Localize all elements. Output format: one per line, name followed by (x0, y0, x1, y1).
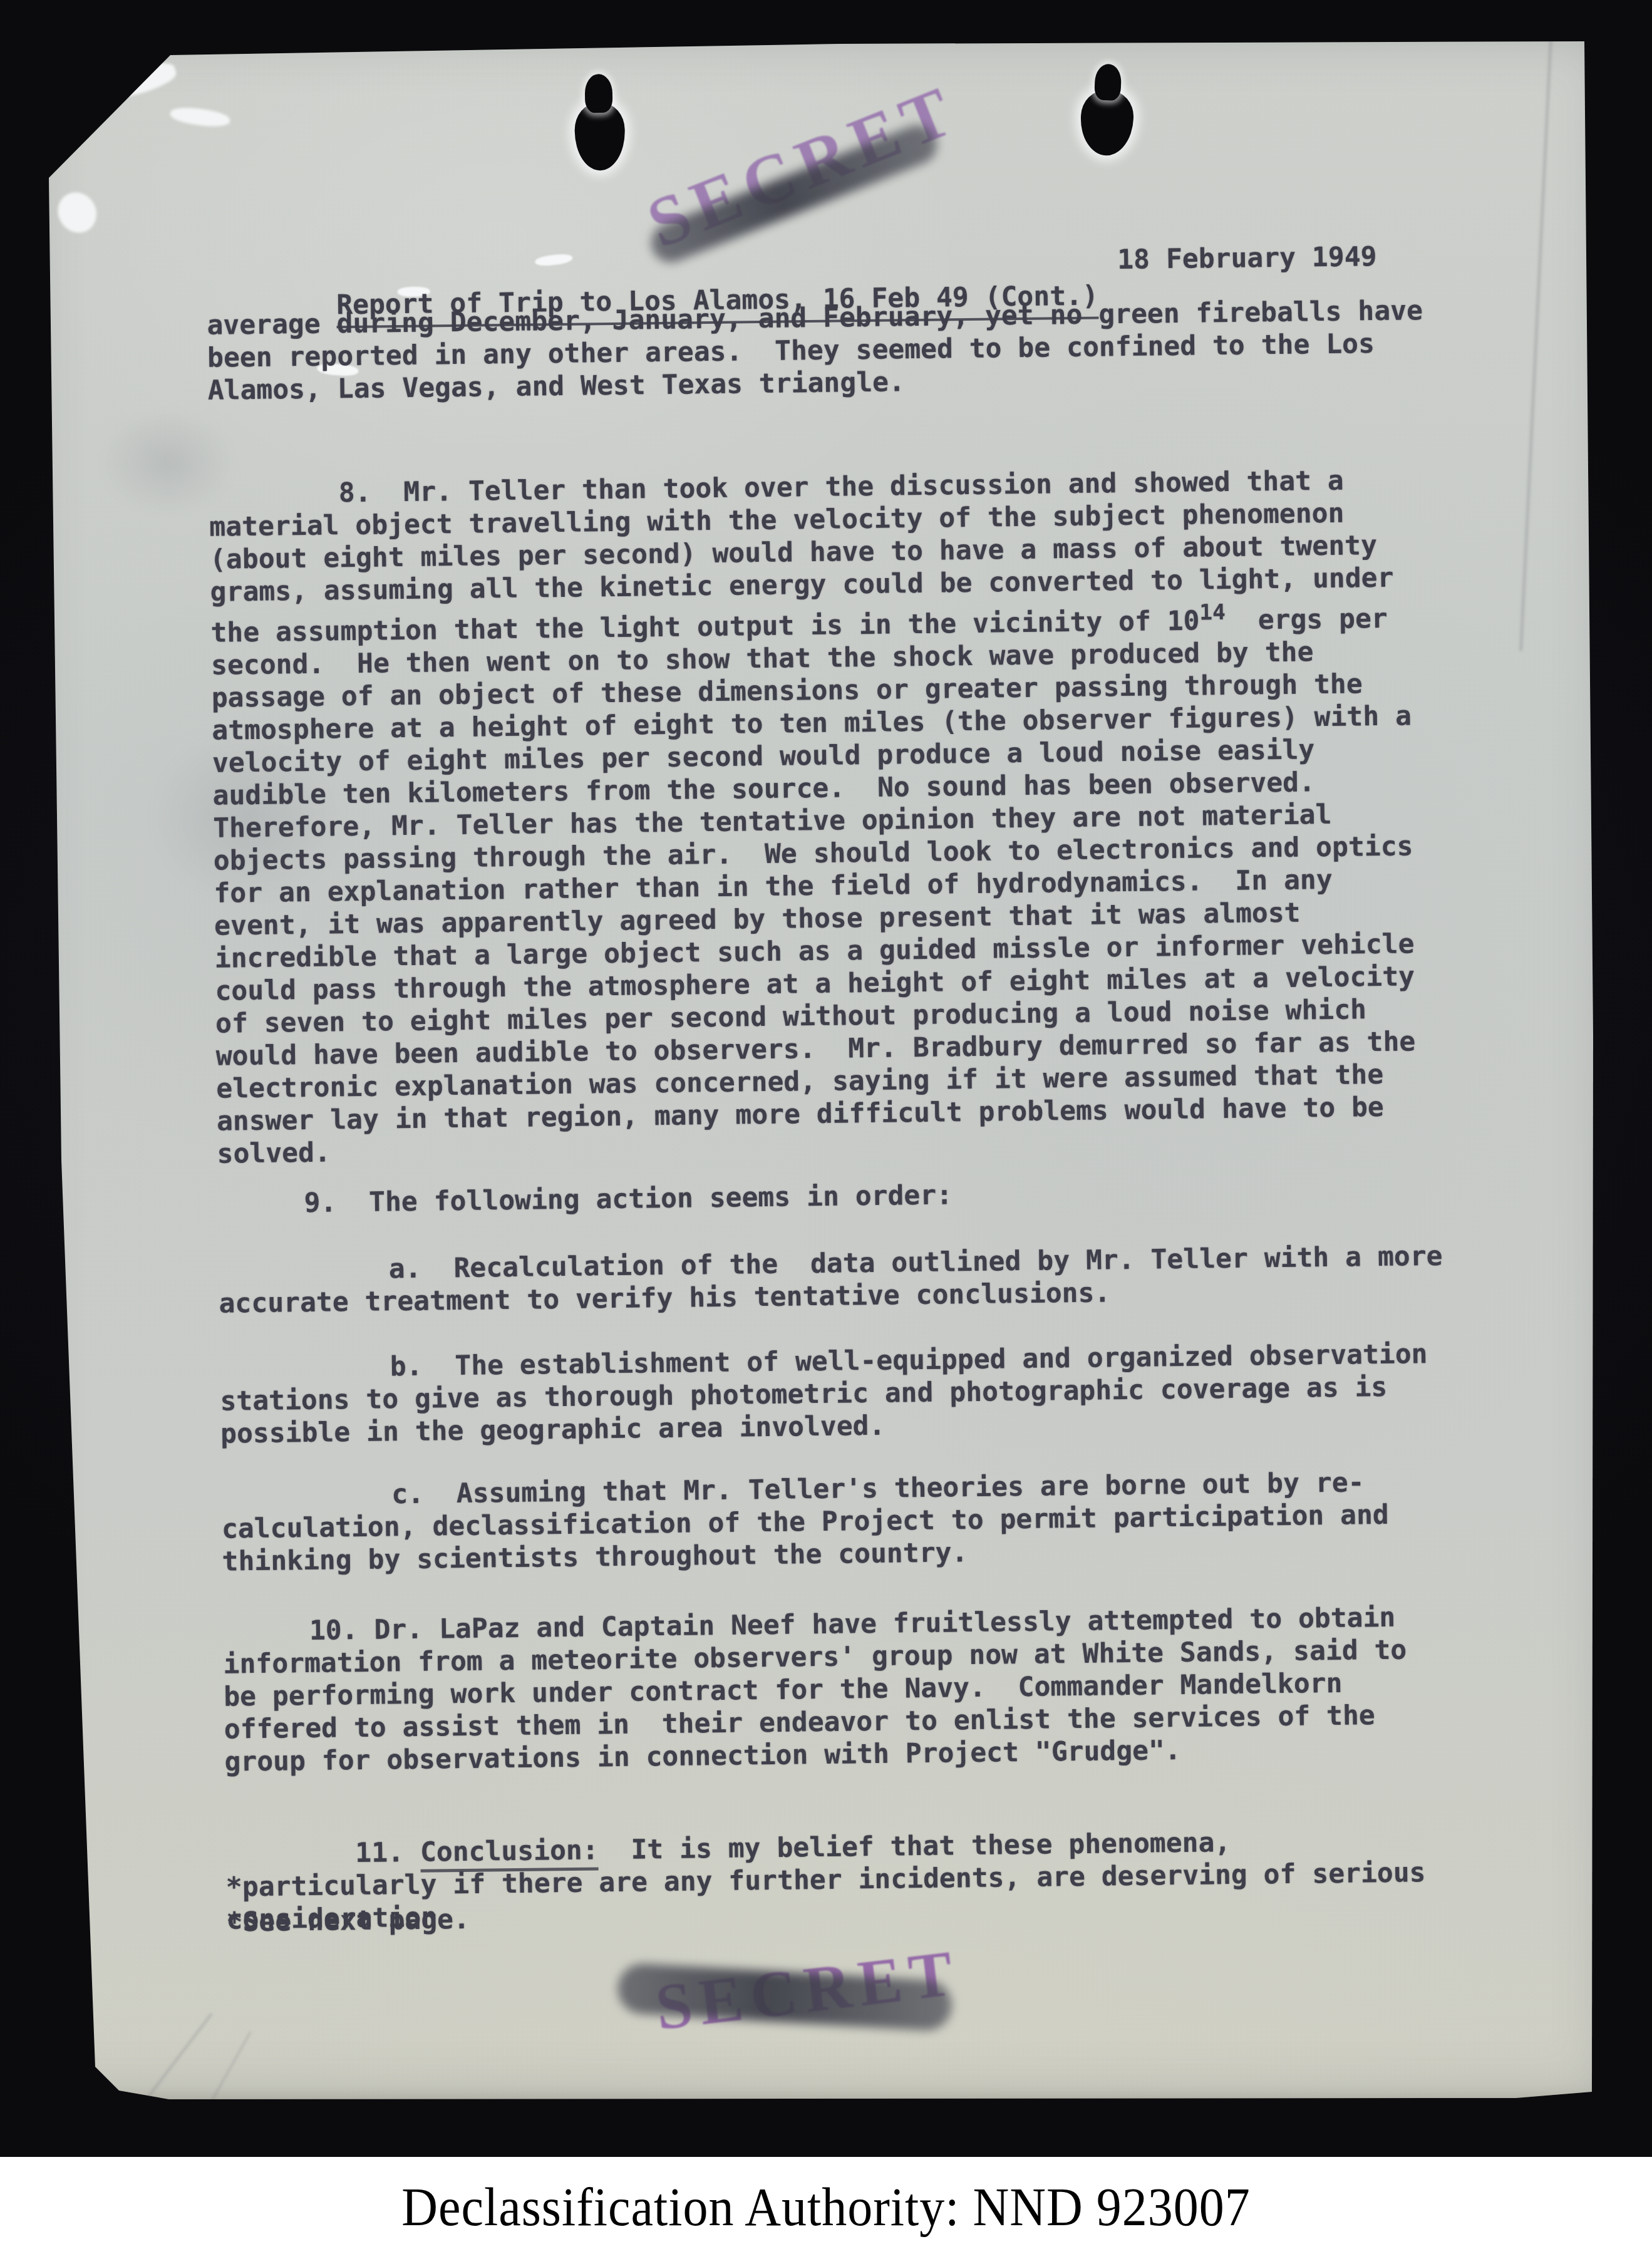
document-content: SECRET Report of Trip to Los Alamos, 16 … (13, 23, 1623, 2111)
paper-scuff-mark (169, 105, 231, 129)
paragraph-11-number: 11. (355, 1837, 420, 1869)
exponent-14: 14 (1199, 600, 1226, 626)
paragraph-10: 10. Dr. LaPaz and Captain Neef have frui… (223, 1601, 1455, 1779)
declassification-authority-text: Declassification Authority: NND 923007 (401, 2177, 1251, 2238)
declassification-footer: Declassification Authority: NND 923007 (0, 2157, 1652, 2259)
action-item-b: b. The establishment of well-equipped an… (220, 1338, 1452, 1450)
scanned-document-page: SECRET Report of Trip to Los Alamos, 16 … (0, 0, 1652, 2259)
paragraph-8-continued: ergs per second. He then went on to show… (211, 603, 1432, 1170)
action-item-c: c. Assuming that Mr. Teller's theories a… (221, 1466, 1453, 1578)
paper-scuff-mark (69, 57, 179, 111)
punch-hole-right (1080, 90, 1135, 157)
conclusion-label: Conclusion: (420, 1834, 599, 1872)
document-page: SECRET Report of Trip to Los Alamos, 16 … (25, 33, 1611, 2101)
action-item-a: a. Recalculation of the data outlined by… (219, 1240, 1450, 1320)
paragraph-11: 11. Conclusion: It is my belief that the… (225, 1791, 1457, 1969)
punch-hole-left (574, 103, 625, 171)
paper-scuff-mark (51, 185, 104, 240)
report-date: 18 February 1949 (1117, 240, 1431, 276)
paper-crease (1519, 38, 1552, 651)
paragraph-8: 8. Mr. Teller than took over the discuss… (209, 431, 1448, 1203)
paragraph-intro: average during December, January, and Fe… (207, 294, 1438, 407)
paper-crease (135, 2013, 212, 2114)
paper-crease (201, 2031, 252, 2119)
